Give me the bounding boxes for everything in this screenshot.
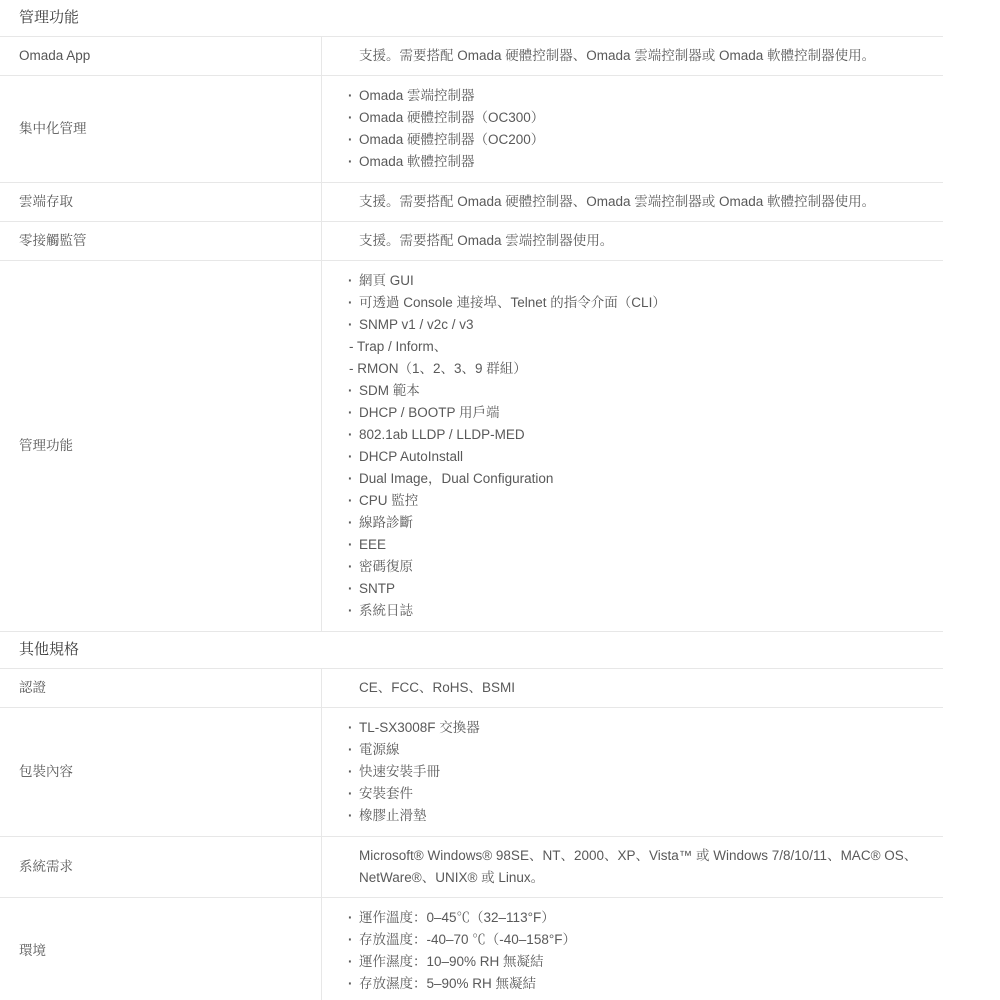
list-item: DHCP AutoInstall (359, 446, 931, 468)
spec-row: 集中化管理Omada 雲端控制器Omada 硬體控制器（OC300）Omada … (0, 76, 943, 183)
spec-cell-left: 集中化管理 (0, 76, 322, 182)
spec-row-label: 環境 (19, 940, 46, 962)
list-item: CPU 監控 (359, 490, 931, 512)
spec-row-label: 管理功能 (19, 435, 73, 457)
spec-value: 支援。需要搭配 Omada 雲端控制器使用。 (359, 230, 613, 252)
spec-cell-right: 運作溫度：0–45℃（32–113°F）存放溫度：-40–70 ℃（-40–15… (322, 898, 943, 1000)
spec-value: Microsoft® Windows® 98SE、NT、2000、XP、Vist… (359, 845, 931, 889)
spec-cell-right: Omada 雲端控制器Omada 硬體控制器（OC300）Omada 硬體控制器… (322, 76, 943, 182)
spec-cell-left: 包裝內容 (0, 708, 322, 836)
section-title: 其他規格 (0, 632, 943, 669)
spec-cell-left: 系統需求 (0, 837, 322, 897)
spec-row-label: 包裝內容 (19, 761, 73, 783)
list-item: Omada 雲端控制器 (359, 85, 931, 107)
list-item: 運作濕度：10–90% RH 無凝結 (359, 951, 931, 973)
list-item: DHCP / BOOTP 用戶端 (359, 402, 931, 424)
list-item: 快速安裝手冊 (359, 761, 931, 783)
list-item: - Trap / Inform、 (349, 336, 931, 358)
list-item: 網頁 GUI (359, 270, 931, 292)
spec-row-label: Omada App (19, 45, 90, 67)
spec-cell-right: Microsoft® Windows® 98SE、NT、2000、XP、Vist… (322, 837, 943, 897)
spec-row: 環境運作溫度：0–45℃（32–113°F）存放溫度：-40–70 ℃（-40–… (0, 898, 943, 1000)
spec-cell-left: 環境 (0, 898, 322, 1000)
list-item: EEE (359, 534, 931, 556)
spec-row: 雲端存取支援。需要搭配 Omada 硬體控制器、Omada 雲端控制器或 Oma… (0, 183, 943, 222)
list-item: Omada 軟體控制器 (359, 151, 931, 173)
spec-row: 零接觸監管支援。需要搭配 Omada 雲端控制器使用。 (0, 222, 943, 261)
spec-value: 支援。需要搭配 Omada 硬體控制器、Omada 雲端控制器或 Omada 軟… (359, 45, 875, 67)
list-item: 密碼復原 (359, 556, 931, 578)
spec-value: 支援。需要搭配 Omada 硬體控制器、Omada 雲端控制器或 Omada 軟… (359, 191, 875, 213)
spec-cell-right: 支援。需要搭配 Omada 硬體控制器、Omada 雲端控制器或 Omada 軟… (322, 183, 943, 221)
spec-cell-right: 網頁 GUI可透過 Console 連接埠、Telnet 的指令介面（CLI）S… (322, 261, 943, 631)
list-item: SNTP (359, 578, 931, 600)
spec-row-label: 集中化管理 (19, 118, 87, 140)
list-item: 運作溫度：0–45℃（32–113°F） (359, 907, 931, 929)
spec-value: CE、FCC、RoHS、BSMI (359, 677, 515, 699)
spec-row-label: 雲端存取 (19, 191, 73, 213)
list-item: 線路診斷 (359, 512, 931, 534)
spec-row-label: 認證 (19, 677, 46, 699)
list-item: 存放濕度：5–90% RH 無凝結 (359, 973, 931, 995)
list-item: - RMON（1、2、3、9 群組） (349, 358, 931, 380)
spec-cell-right: CE、FCC、RoHS、BSMI (322, 669, 943, 707)
spec-cell-left: 雲端存取 (0, 183, 322, 221)
list-item: 電源線 (359, 739, 931, 761)
list-item: 系統日誌 (359, 600, 931, 622)
list-item: 橡膠止滑墊 (359, 805, 931, 827)
spec-cell-left: 零接觸監管 (0, 222, 322, 260)
list-item: 802.1ab LLDP / LLDP-MED (359, 424, 931, 446)
list-item: Omada 硬體控制器（OC200） (359, 129, 931, 151)
spec-row-label: 系統需求 (19, 856, 73, 878)
list-item: 存放溫度：-40–70 ℃（-40–158°F） (359, 929, 931, 951)
spec-cell-left: Omada App (0, 37, 322, 75)
spec-cell-right: 支援。需要搭配 Omada 硬體控制器、Omada 雲端控制器或 Omada 軟… (322, 37, 943, 75)
spec-cell-right: 支援。需要搭配 Omada 雲端控制器使用。 (322, 222, 943, 260)
spec-row: 包裝內容TL-SX3008F 交換器電源線快速安裝手冊安裝套件橡膠止滑墊 (0, 708, 943, 837)
spec-cell-left: 認證 (0, 669, 322, 707)
spec-table: 管理功能Omada App支援。需要搭配 Omada 硬體控制器、Omada 雲… (0, 0, 943, 1000)
list-item: 可透過 Console 連接埠、Telnet 的指令介面（CLI） (359, 292, 931, 314)
list-item: SNMP v1 / v2c / v3 (359, 314, 931, 336)
list-item: Omada 硬體控制器（OC300） (359, 107, 931, 129)
spec-row: 認證CE、FCC、RoHS、BSMI (0, 669, 943, 708)
section-title: 管理功能 (0, 0, 943, 37)
spec-cell-left: 管理功能 (0, 261, 322, 631)
spec-row-label: 零接觸監管 (19, 230, 87, 252)
list-item: TL-SX3008F 交換器 (359, 717, 931, 739)
spec-row: 管理功能網頁 GUI可透過 Console 連接埠、Telnet 的指令介面（C… (0, 261, 943, 632)
list-item: Dual Image，Dual Configuration (359, 468, 931, 490)
list-item: 安裝套件 (359, 783, 931, 805)
list-item: SDM 範本 (359, 380, 931, 402)
spec-cell-right: TL-SX3008F 交換器電源線快速安裝手冊安裝套件橡膠止滑墊 (322, 708, 943, 836)
spec-row: 系統需求Microsoft® Windows® 98SE、NT、2000、XP、… (0, 837, 943, 898)
spec-row: Omada App支援。需要搭配 Omada 硬體控制器、Omada 雲端控制器… (0, 37, 943, 76)
